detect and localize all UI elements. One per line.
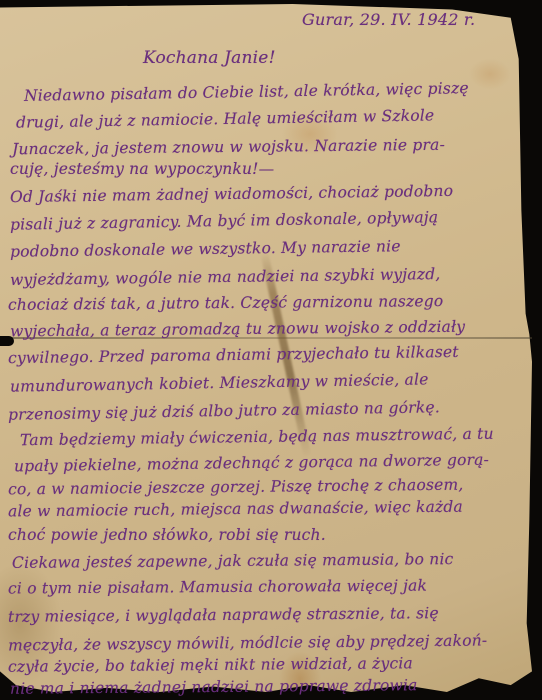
letter-line: Ciekawa jesteś zapewne, jak czuła się ma… [12,550,454,572]
letter-line: chociaż dziś tak, a jutro tak. Część gar… [8,292,444,314]
letter-line: czyła życie, bo takiej męki nikt nie wid… [8,654,413,676]
letter-line: choć powie jedno słówko, robi się ruch. [8,526,326,544]
letter-line: nie ma i niema żadnej nadziei na poprawę… [10,676,418,698]
greeting: Kochana Janie! [143,48,276,68]
letter-line: trzy miesiące, i wyglądała naprawdę stra… [8,604,439,626]
letter-line: cuję, jesteśmy na wypoczynku!— [10,160,274,178]
letter-line: ci o tym nie pisałam. Mamusia chorowała … [8,577,427,598]
place-date: Gurar, 29. IV. 1942 r. [302,10,475,29]
letter-scan: Gurar, 29. IV. 1942 r. Kochana Janie! Ni… [0,0,542,700]
